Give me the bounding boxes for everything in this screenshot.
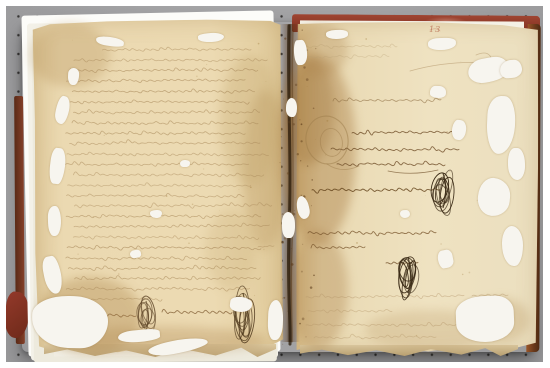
damage-patch <box>282 212 296 238</box>
damage-patch <box>286 98 297 117</box>
photo-frame-top <box>0 0 550 6</box>
damage-patch <box>502 226 523 266</box>
folio-number: 13 <box>429 25 441 34</box>
photo-frame-right <box>543 0 550 368</box>
damage-patch <box>430 86 446 98</box>
photo-frame-left <box>0 0 6 368</box>
damage-patch <box>508 148 526 180</box>
damage-patch <box>180 160 190 167</box>
damage-patch <box>150 210 162 218</box>
damage-patch <box>48 206 62 236</box>
damage-patch <box>455 295 515 343</box>
photo-frame-bottom <box>0 362 550 368</box>
book-spine-gutter <box>280 24 300 342</box>
